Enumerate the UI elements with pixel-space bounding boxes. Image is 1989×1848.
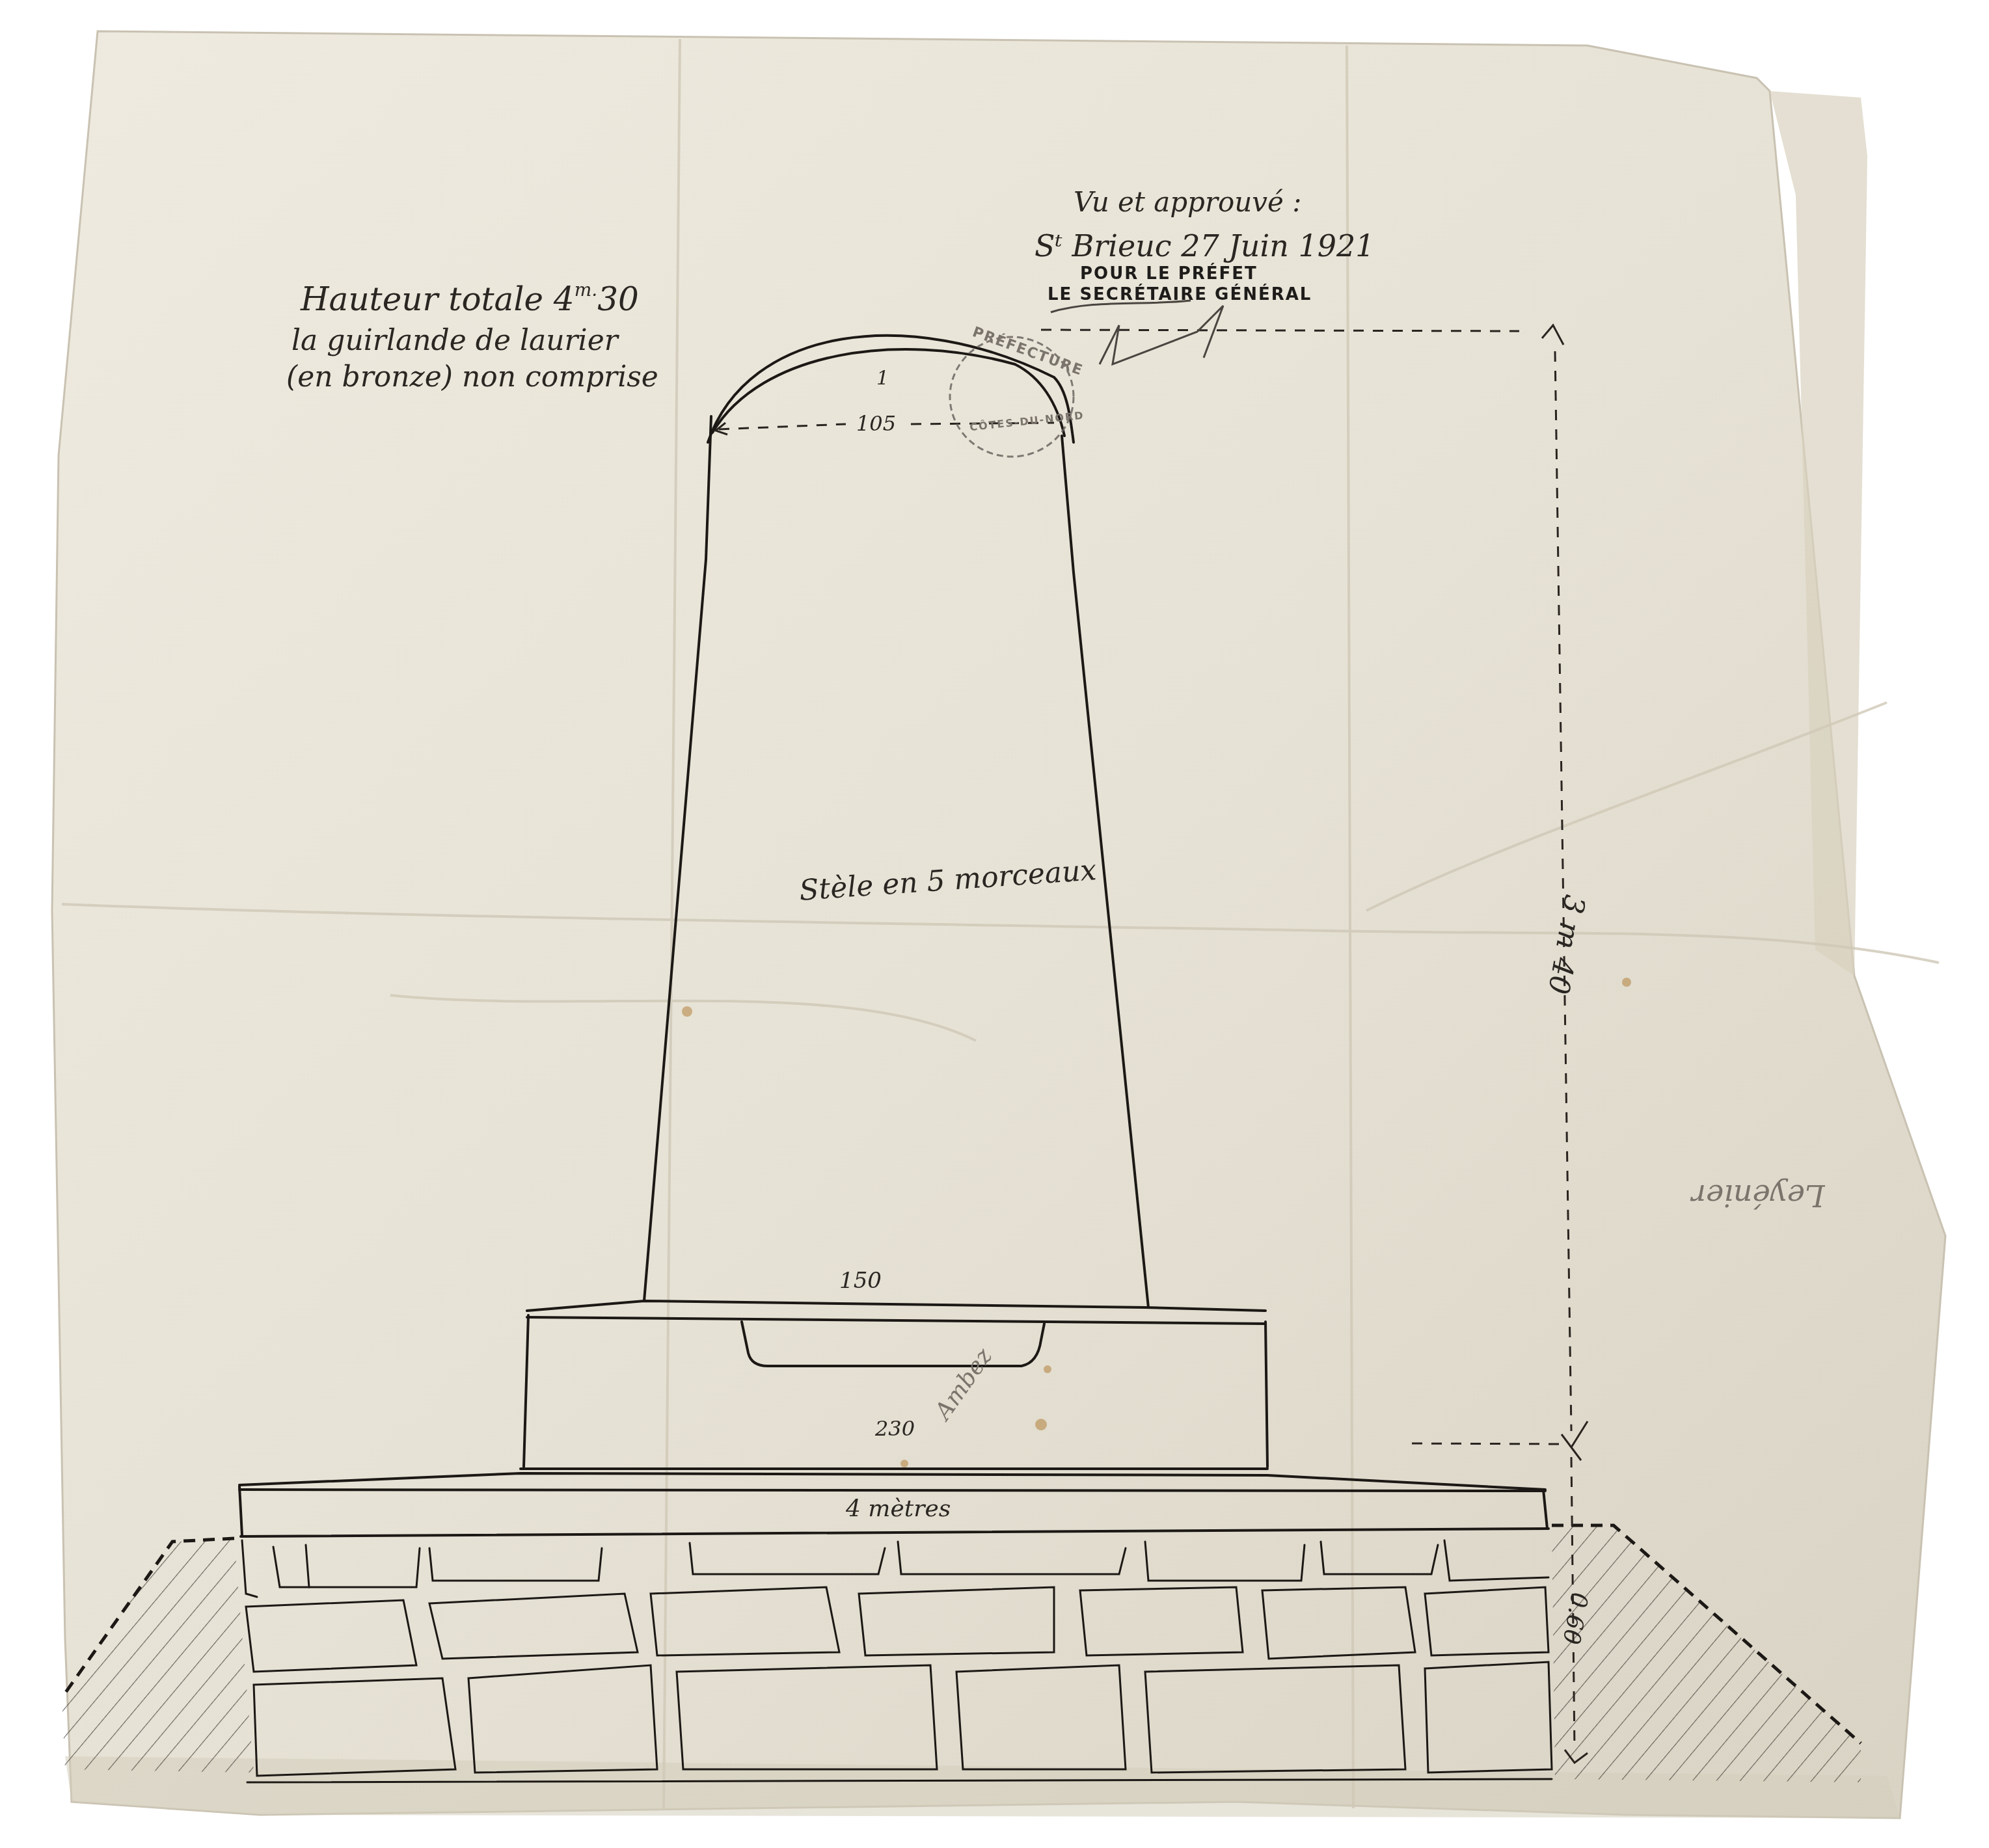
prefect-stamp-line1: POUR LE PRÉFET (1080, 265, 1258, 282)
approval-line: Vu et approuvé : (1074, 189, 1301, 216)
top-center-mark: 1 (876, 369, 889, 388)
total-height-note: Hauteur totale 4m.30 (301, 281, 639, 315)
elevation-drawing (0, 0, 1989, 1848)
inverted-signature: Leyénier (1692, 1181, 1825, 1211)
height-value: 30 (597, 280, 639, 318)
garland-note: la guirlande de laurier (291, 327, 618, 355)
height-note-text: Hauteur totale 4 (301, 280, 575, 318)
bronze-note: (en bronze) non comprise (286, 363, 658, 392)
plinth-width: 230 (875, 1418, 915, 1439)
top-width-dimension: 105 (856, 413, 896, 434)
approval-date: Sᵗ Brieuc 27 Juin 1921 (1035, 231, 1374, 261)
base-width: 4 mètres (846, 1497, 951, 1521)
height-unit: m. (575, 279, 597, 301)
document-page: Hauteur totale 4m.30 la guirlande de lau… (0, 0, 1989, 1848)
stele-base-width: 150 (839, 1270, 882, 1292)
prefect-stamp-line2: LE SECRÉTAIRE GÉNÉRAL (1048, 286, 1312, 303)
